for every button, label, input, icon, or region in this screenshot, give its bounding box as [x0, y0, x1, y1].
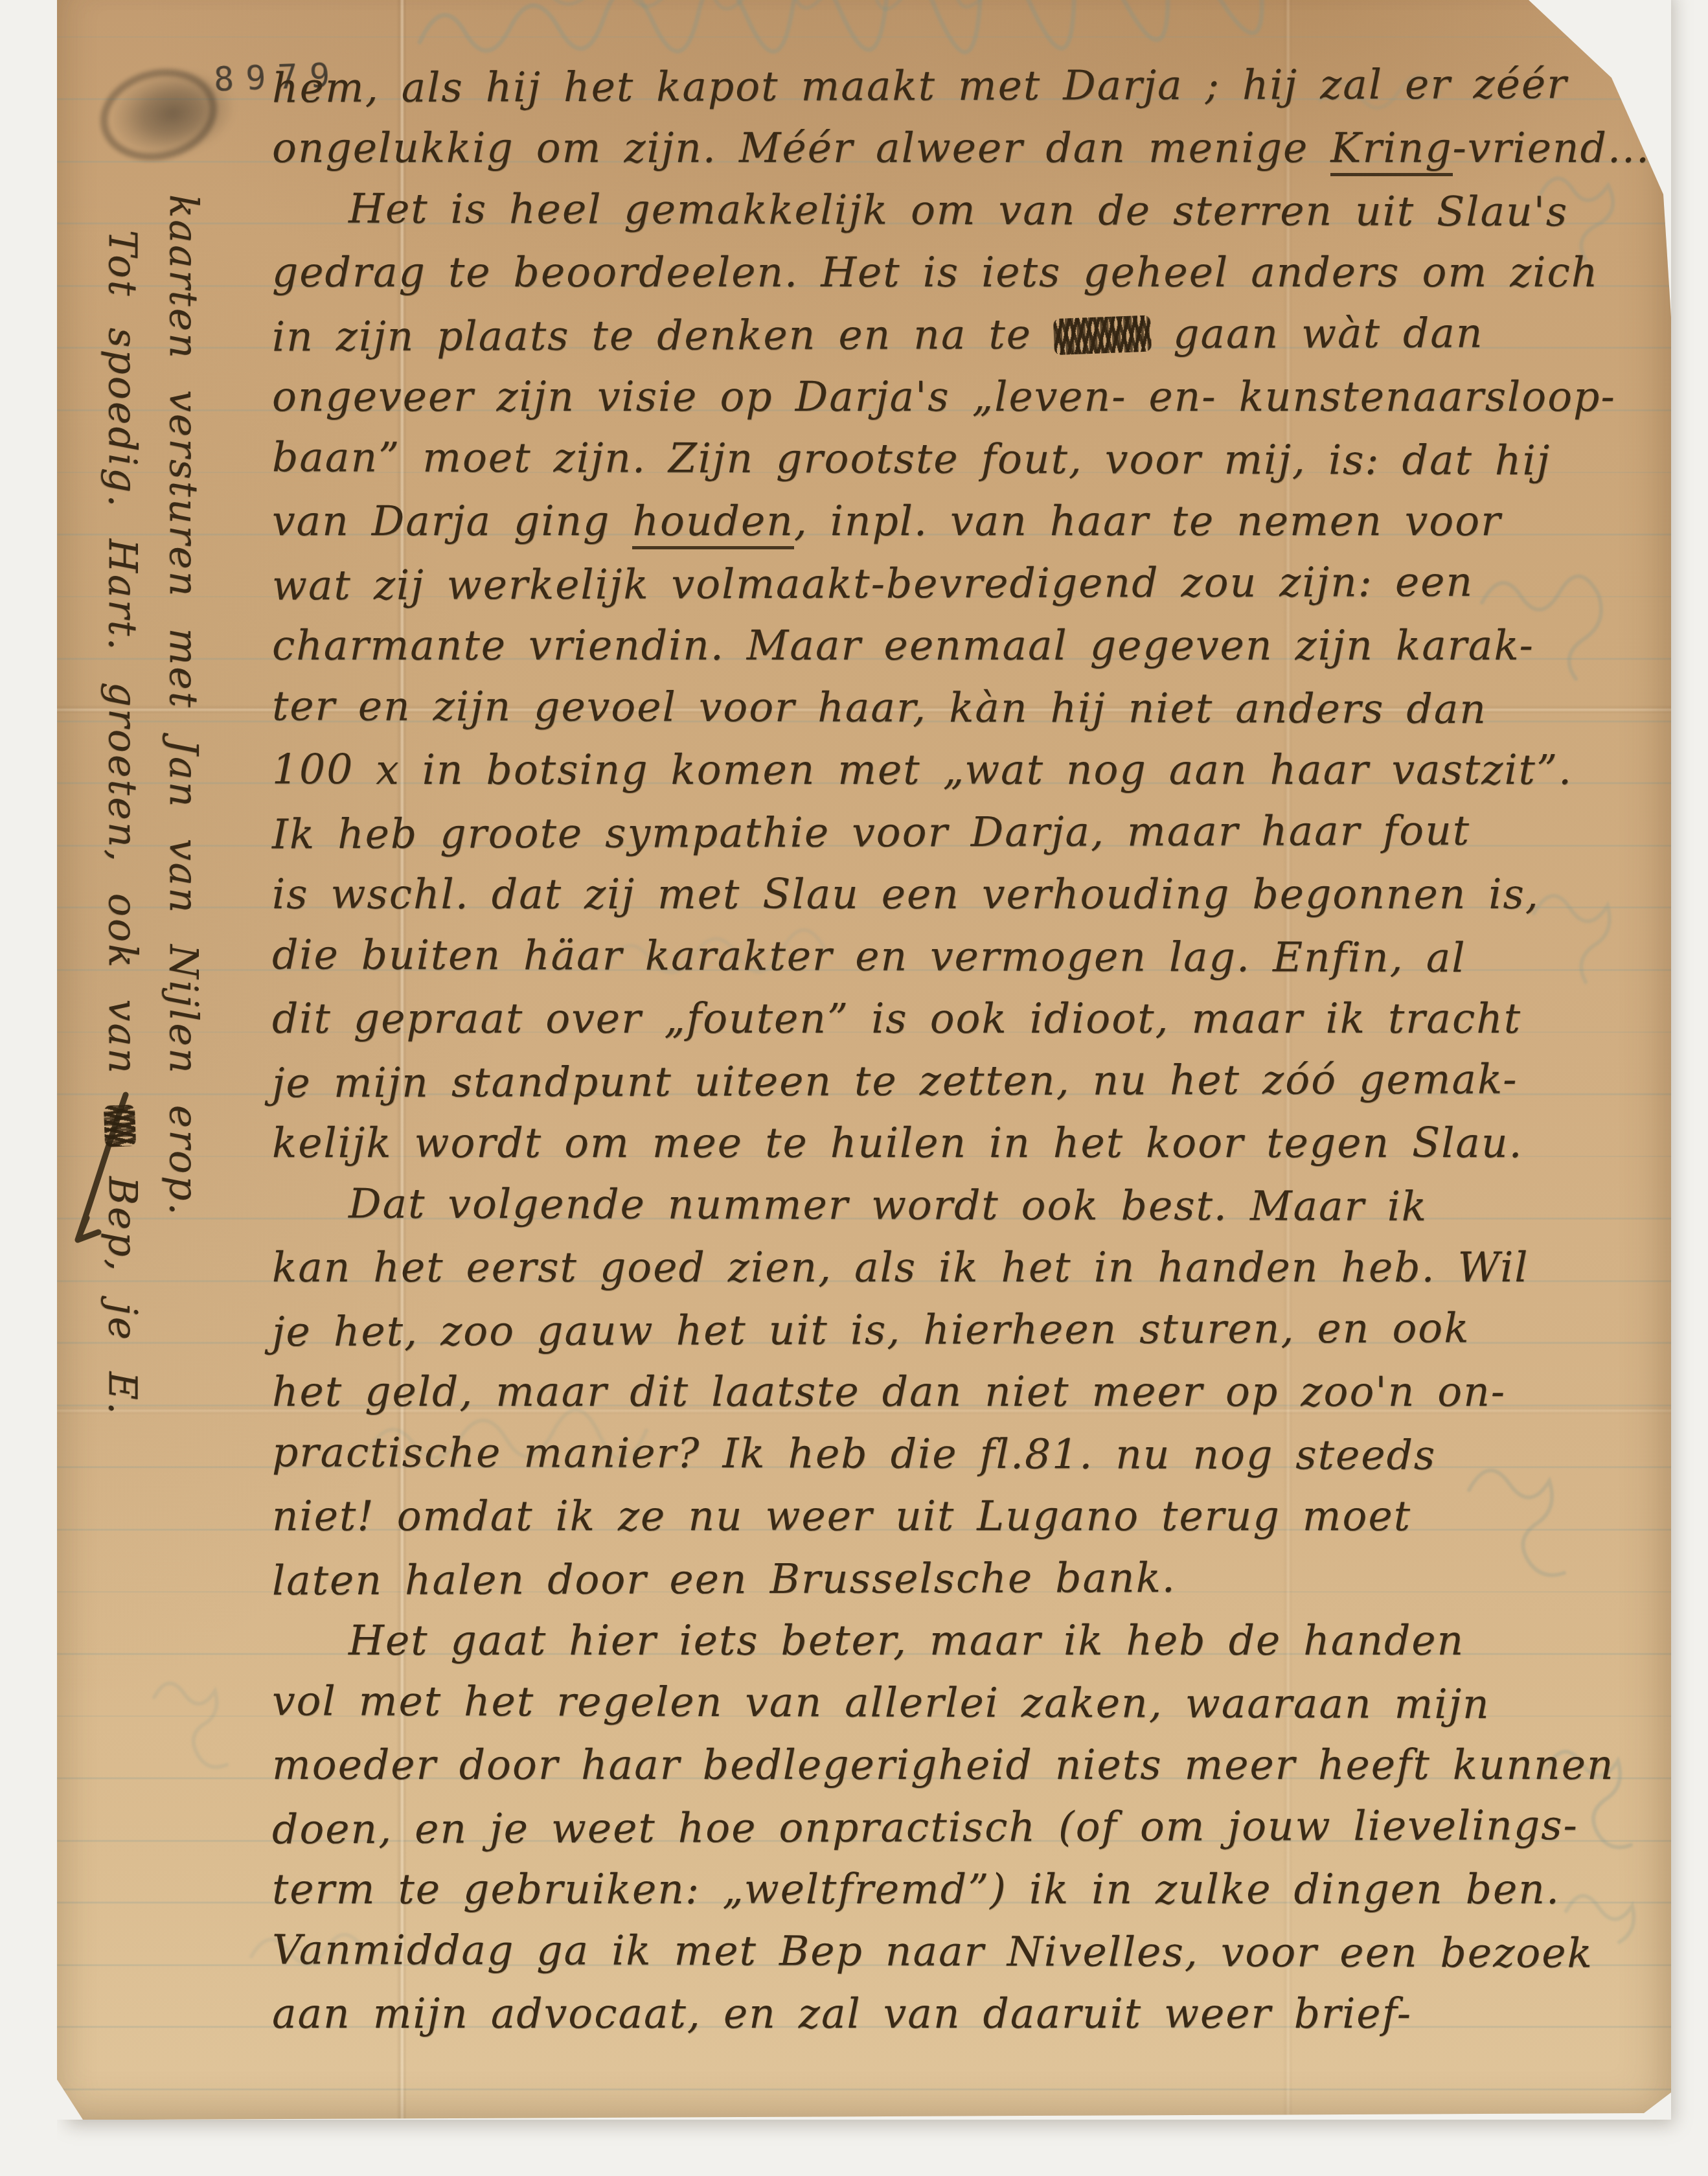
- letter-body: hem, als hij het kapot maakt met Darja ;…: [272, 55, 1665, 2045]
- text-segment: ter en zijn gevoel voor haar, kàn hij ni…: [272, 682, 1487, 733]
- letter-line: je het, zoo gauw het uit is, hierheen st…: [272, 1297, 1665, 1364]
- letter-line: Het gaat hier iets beter, maar ik heb de…: [272, 1610, 1665, 1672]
- letter-line: dit gepraat over „fouten” is ook idioot,…: [272, 988, 1665, 1050]
- letter-line: niet! omdat ik ze nu weer uit Lugano ter…: [272, 1485, 1665, 1548]
- text-segment: baan” moet zijn. Zijn grootste fout, voo…: [272, 433, 1551, 484]
- text-segment: Ik heb groote sympathie voor Darja, maar…: [272, 807, 1470, 858]
- letter-line: doen, en je weet hoe onpractisch (of om …: [272, 1794, 1665, 1861]
- text-segment: in zijn plaats te denken en na te: [272, 311, 1054, 361]
- text-segment: gedrag te beoordeelen. Het is iets gehee…: [272, 249, 1599, 296]
- letter-line: die buiten häar karakter en vermogen lag…: [272, 924, 1665, 990]
- text-segment: moeder door haar bedlegerigheid niets me…: [272, 1741, 1615, 1789]
- letter-line: moeder door haar bedlegerigheid niets me…: [272, 1734, 1665, 1796]
- ink-scribble: [1053, 315, 1152, 356]
- text-segment: Vanmiddag ga ik met Bep naar Nivelles, v…: [272, 1926, 1593, 1976]
- text-segment: kan het eerst goed zien, als ik het in h…: [272, 1244, 1529, 1291]
- pen-flourish: [62, 1090, 140, 1258]
- text-segment: aan mijn advocaat, en zal van daaruit we…: [272, 1990, 1412, 2037]
- letter-line: kelijk wordt om mee te huilen in het koo…: [272, 1112, 1665, 1174]
- text-segment: doen, en je weet hoe onpractisch (of om …: [272, 1802, 1578, 1853]
- text-segment: -vriend...: [1453, 124, 1650, 172]
- text-segment: term te gebruiken: „weltfremd”) ik in zu…: [272, 1866, 1560, 1913]
- letter-line: Het is heel gemakkelijk om van de sterre…: [272, 178, 1665, 244]
- letter-line: is wschl. dat zij met Slau een verhoudin…: [272, 864, 1665, 926]
- letter-line: het geld, maar dit laatste dan niet meer…: [272, 1361, 1665, 1423]
- letter-line: laten halen door een Brusselsche bank.: [272, 1546, 1665, 1612]
- text-segment: Het is heel gemakkelijk om van de sterre…: [348, 185, 1568, 235]
- letter-line: baan” moet zijn. Zijn grootste fout, voo…: [272, 426, 1665, 492]
- letter-line: ter en zijn gevoel voor haar, kàn hij ni…: [272, 675, 1665, 741]
- text-segment: je het, zoo gauw het uit is, hierheen st…: [272, 1305, 1470, 1356]
- text-segment: 100 x in botsing komen met „wat nog aan …: [272, 746, 1573, 794]
- letter-line: practische manier? Ik heb die fl.81. nu …: [272, 1421, 1665, 1487]
- letter-line: wat zij werkelijk volmaakt-bevredigend z…: [272, 551, 1665, 617]
- letter-line: je mijn standpunt uiteen te zetten, nu h…: [272, 1048, 1665, 1115]
- text-segment: practische manier? Ik heb die fl.81. nu …: [272, 1428, 1436, 1479]
- text-segment: kelijk wordt om mee te huilen in het koo…: [272, 1119, 1523, 1167]
- letter-line: aan mijn advocaat, en zal van daaruit we…: [272, 1983, 1665, 2045]
- letter-line: Ik heb groote sympathie voor Darja, maar…: [272, 799, 1665, 866]
- text-segment: dit gepraat over „fouten” is ook idioot,…: [272, 995, 1521, 1042]
- underlined-word: Kring: [1330, 124, 1452, 176]
- text-segment: Dat volgende nummer wordt ook best. Maar…: [348, 1180, 1428, 1230]
- text-segment: Tot spoedig. Hart. groeten, ook van: [100, 230, 145, 1105]
- scanned-letter-page: { "letter": { "archive_stamp": "8979", "…: [0, 0, 1708, 2176]
- letter-line: 100 x in botsing komen met „wat nog aan …: [272, 739, 1665, 801]
- text-segment: , inpl. van haar te nemen voor: [794, 498, 1502, 545]
- text-segment: Het gaat hier iets beter, maar ik heb de…: [348, 1617, 1464, 1664]
- text-segment: het geld, maar dit laatste dan niet meer…: [272, 1368, 1506, 1415]
- letter-paper-sheet: 8979 hem, als hij het kapot maakt met Da…: [57, 0, 1671, 2120]
- letter-line: vol met het regelen van allerlei zaken, …: [272, 1670, 1665, 1736]
- text-segment: is wschl. dat zij met Slau een verhoudin…: [272, 871, 1540, 918]
- margin-note-line: kaarten versturen met Jan van Nijlen ero…: [153, 194, 214, 1620]
- text-segment: van Darja ging: [272, 498, 632, 545]
- letter-line: gedrag te beoordeelen. Het is iets gehee…: [272, 242, 1665, 304]
- letter-line: van Darja ging houden, inpl. van haar te…: [272, 490, 1665, 553]
- text-segment: hem, als hij het kapot maakt met Darja ;…: [272, 60, 1568, 111]
- text-segment: ongeveer zijn visie op Darja's „leven- e…: [272, 373, 1616, 420]
- letter-line: Dat volgende nummer wordt ook best. Maar…: [272, 1173, 1665, 1239]
- text-segment: ongelukkig om zijn. Méér alweer dan meni…: [272, 124, 1330, 172]
- text-segment: niet! omdat ik ze nu weer uit Lugano ter…: [272, 1493, 1411, 1540]
- text-segment: die buiten häar karakter en vermogen lag…: [272, 931, 1466, 981]
- letter-line: ongelukkig om zijn. Méér alweer dan meni…: [272, 117, 1665, 179]
- text-segment: laten halen door een Brusselsche bank.: [272, 1554, 1176, 1604]
- letter-line: Vanmiddag ga ik met Bep naar Nivelles, v…: [272, 1919, 1665, 1985]
- letter-line: ongeveer zijn visie op Darja's „leven- e…: [272, 366, 1665, 428]
- letter-line: term te gebruiken: „weltfremd”) ik in zu…: [272, 1859, 1665, 1921]
- letter-line: hem, als hij het kapot maakt met Darja ;…: [272, 53, 1665, 120]
- underlined-word: houden: [632, 498, 793, 549]
- margin-note-line: Tot spoedig. Hart. groeten, ook van Bep,…: [92, 194, 153, 1620]
- text-segment: je mijn standpunt uiteen te zetten, nu h…: [272, 1055, 1518, 1106]
- text-segment: wat zij werkelijk volmaakt-bevredigend z…: [272, 558, 1474, 610]
- margin-note-text: kaarten versturen met Jan van Nijlen ero…: [92, 194, 214, 1620]
- text-segment: vol met het regelen van allerlei zaken, …: [272, 1677, 1490, 1728]
- letter-line: kan het eerst goed zien, als ik het in h…: [272, 1237, 1665, 1299]
- letter-line: charmante vriendin. Maar eenmaal gegeven…: [272, 615, 1665, 677]
- letter-line: in zijn plaats te denken en na te gaan w…: [272, 302, 1665, 369]
- text-segment: gaan wàt dan: [1151, 310, 1484, 358]
- text-segment: charmante vriendin. Maar eenmaal gegeven…: [272, 622, 1534, 669]
- text-segment: kaarten versturen met Jan van Nijlen ero…: [161, 194, 206, 1217]
